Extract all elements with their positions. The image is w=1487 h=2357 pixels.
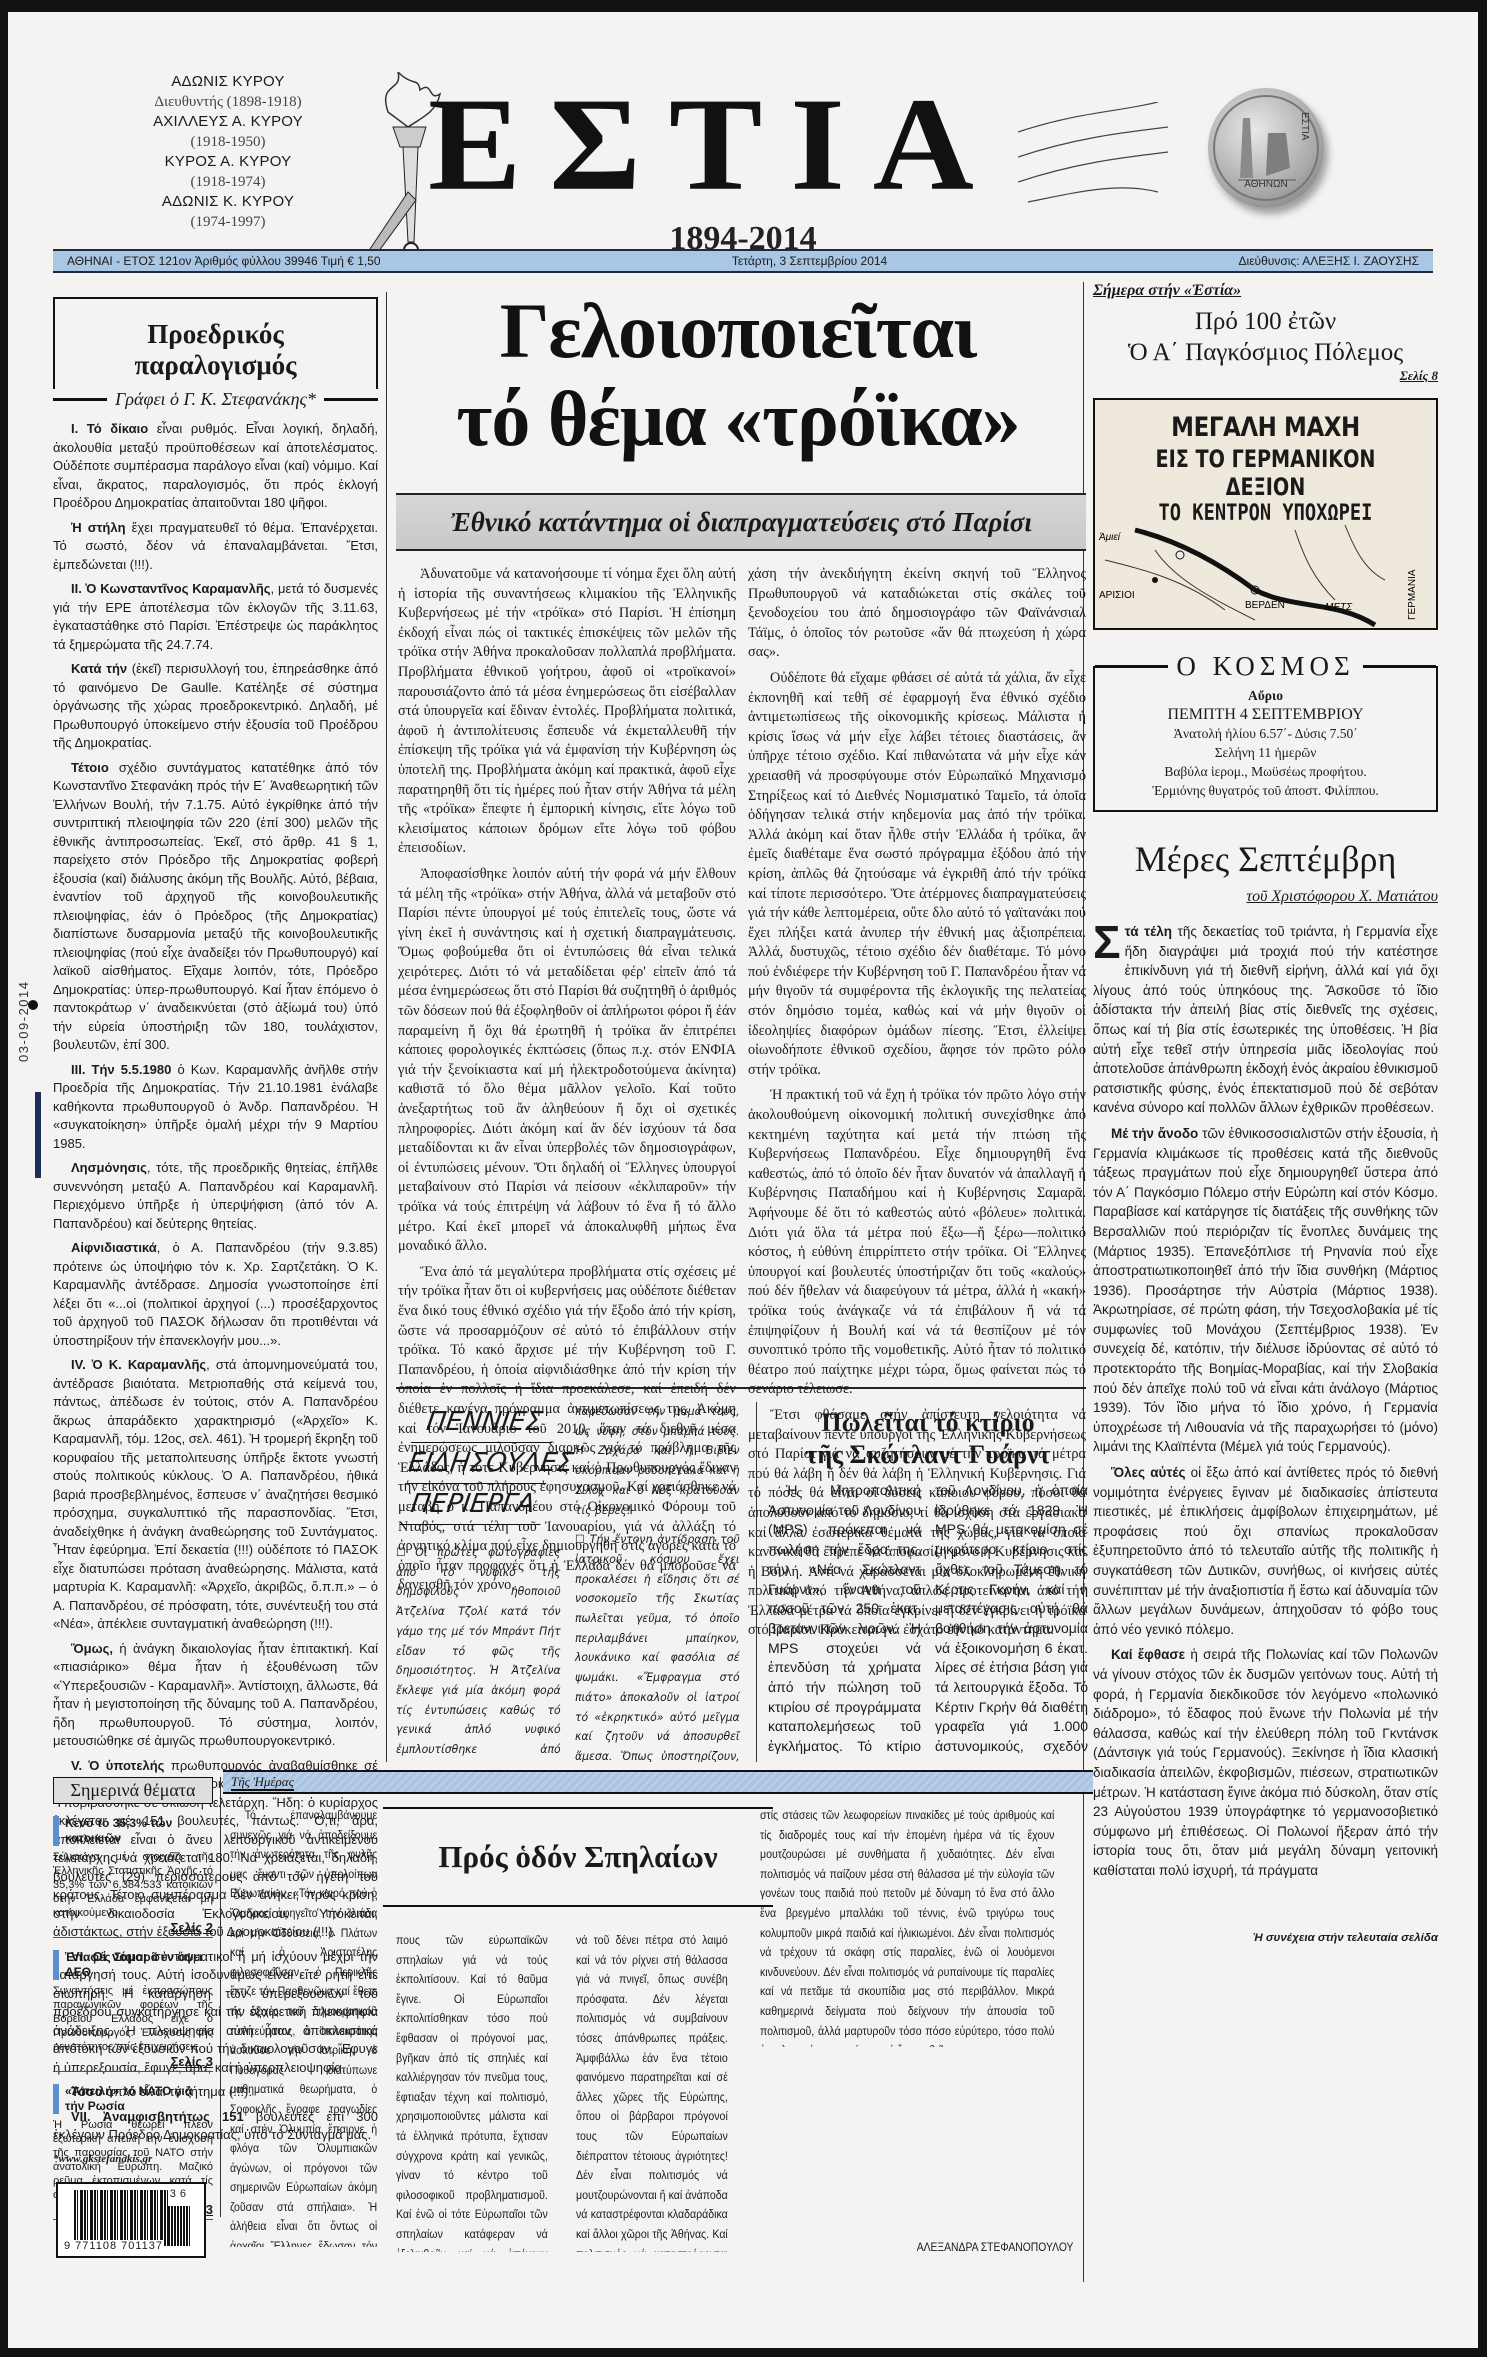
gossip-col2: παρέδωσαν τήν μαμά τους, ὡς νύφη, στόν μ…: [575, 1402, 740, 1762]
svg-text:Ἀμιεί: Ἀμιεί: [1098, 531, 1122, 543]
opinion-title: Προεδρικός παραλογισμός: [65, 319, 366, 381]
paragraph: Ὅμως, ἡ ἀνάγκη δικαιολογίας ἦταν ἐπιτακτ…: [53, 1640, 378, 1751]
flame-swirl-icon: [1018, 102, 1168, 212]
side-date: 03-09-2014: [16, 981, 31, 1063]
almanac-sun-times: Ἀνατολή ἡλίου 6.57΄- Δύσις 7.50΄: [1103, 724, 1428, 743]
gossip-title-line: ΠΕΝΝΙΕΣ: [411, 1402, 557, 1443]
paragraph: Ἀποφασίσθηκε λοιπόν αὐτή τήν φορά νά μήν…: [398, 865, 736, 1257]
gossip-section: ΠΕΝΝΙΕΣ ΕΙΔΗΣΟΥΛΕΣ ΠΕΡΙΕΡΓΑ ☐ Οἱ πρῶτες …: [396, 1402, 741, 1762]
topic-marker-icon: [53, 1816, 59, 1846]
paragraph: Λησμόνησις, τότε, τῆς προεδρικῆς θητείας…: [53, 1159, 378, 1233]
cave-article-title: Πρός ὁδόν Σπηλαίων: [383, 1807, 773, 1907]
issue-info-bar: ΑΘΗΝΑΙ - ΕΤΟΣ 121ον Ἀριθμός φύλλου 39946…: [53, 249, 1433, 273]
section-label: Τῆς Ἡμέρας: [231, 1774, 294, 1791]
day-article-col1: Τό ἐπαναλαμβάνουμε συνεχῶς γιά νά ἀποδεί…: [230, 1807, 377, 2247]
masthead-logo: ΕΣΤΙΑ: [428, 83, 1002, 207]
paragraph: Ἡ στήλη ἔχει πραγματευθεῖ τό θέμα. Ἐπανέ…: [53, 519, 378, 575]
paragraph: Ἀδυνατοῦμε νά κατανοήσουμε τί νόημα ἔχει…: [398, 565, 736, 859]
coin-label: ΑΘΗΝΩΝ: [1208, 179, 1324, 190]
september-article-body: Στά τέλη τῆς δεκαετίας τοῦ τριάντα, ἡ Γε…: [1093, 922, 1438, 1922]
issue-date: Τετάρτη, 3 Σεπτεμβρίου 2014: [732, 254, 887, 268]
gossip-item: ☐ Οἱ πρῶτες φωτογραφίες ἀπό τό νυφικό τῆ…: [396, 1543, 561, 1762]
founder-name: ΑΧΙΛΛΕΥΣ Α. ΚΥΡΟΥ: [98, 112, 358, 132]
ww1-map-clipping: ΜΕΓΑΛΗ ΜΑΧΗ ΕΙΣ ΤΟ ΓΕΡΜΑΝΙΚΟΝ ΔΕΞΙΟΝ ΤΟ …: [1093, 398, 1438, 630]
svg-text:ΜΕΤΣ: ΜΕΤΣ: [1325, 602, 1353, 613]
almanac-date: ΠΕΜΠΤΗ 4 ΣΕΠΤΕΜΒΡΙΟΥ: [1103, 705, 1428, 724]
barcode-number: 9 771108 701137: [64, 2240, 163, 2252]
founder-name: ΚΥΡΟΣ Α. ΚΥΡΟΥ: [98, 152, 358, 172]
almanac-title: Ο ΚΟΣΜΟΣ: [1095, 652, 1436, 680]
day-article-author: ΑΛΕΞΑΝΔΡΑ ΣΤΕΦΑΝΟΠΟΥΛΟΥ: [917, 2242, 1074, 2254]
paragraph: Τέτοιο σχέδιο συντάγματος κατατέθηκε ἀπό…: [53, 759, 378, 1055]
scotland-col2: τοῦ Λονδίνου, ἡ ὁποία ἱδρύθηκε τό 1829. …: [935, 1481, 1088, 1756]
battle-map-icon: Ἀμιεί ΒΕΡΔΕΝ ΑΡΙΣΙΟΙ ΜΕΤΣ ΓΕΡΜΑΝΙΑ: [1095, 520, 1436, 630]
topics-title: Σημερινά θέματα: [53, 1777, 213, 1804]
coin-figures-icon: [1208, 88, 1324, 208]
barcode-addon: 36: [170, 2188, 190, 2200]
continued-link[interactable]: Ἡ συνέχεια στήν τελευταία σελίδα: [1093, 1932, 1438, 1944]
section-bar-of-the-day: Τῆς Ἡμέρας: [223, 1770, 1093, 1794]
checkbox-bullet-icon: ☐: [396, 1545, 415, 1559]
day-article-col3: νά τοῦ δένει πέτρα στό λαιμό καί νά τόν …: [576, 1932, 728, 2252]
svg-text:ΑΡΙΣΙΟΙ: ΑΡΙΣΙΟΙ: [1099, 590, 1135, 601]
todays-topics-box: Σημερινά θέματα Κενό τό 35,3% τῶν κατοικ…: [53, 1777, 213, 2220]
almanac-box: Ο ΚΟΣΜΟΣ Αὔριο ΠΕΜΠΤΗ 4 ΣΕΠΤΕΜΒΡΙΟΥ Ἀνατ…: [1093, 666, 1438, 812]
topic-marker-icon: [53, 2084, 59, 2114]
map-headline: ΜΕΓΑΛΗ ΜΑΧΗ: [1121, 412, 1411, 443]
paragraph: Ἡ πρακτική τοῦ νά ἔχη ἡ τρόϊκα τόν πρῶτο…: [748, 1086, 1086, 1400]
barcode: 9 771108 701137 36: [56, 2182, 206, 2258]
almanac-label: Αὔριο: [1103, 686, 1428, 705]
scotland-col1: Ἡ Μητροπολιτική Ἀστυνομία τοῦ Λονδίνου (…: [768, 1481, 921, 1756]
paragraph: Οὐδέποτε θά εἴχαμε φθάσει σέ αὐτά τά χάλ…: [748, 669, 1086, 1080]
founder-years: (1918-1950): [98, 132, 358, 152]
director-name: Διεύθυνσις: ΑΛΕΞΗΣ Ι. ΖΑΟΥΣΗΣ: [1239, 254, 1419, 268]
right-sidebar: Σήμερα στήν «Ἑστία» Πρό 100 ἐτῶν Ὁ Α΄ Πα…: [1093, 282, 1438, 1944]
september-article-byline: τοῦ Χριστόφορου Χ. Ματιάτου: [1093, 888, 1438, 906]
founder-name: ΑΔΩΝΙΣ Κ. ΚΥΡΟΥ: [98, 192, 358, 212]
day-article-col4: στίς στάσεις τῶν λεωφορείων πινακίδες μέ…: [760, 1807, 1054, 2047]
main-headline: Γελοιοποιεῖται τό θέμα «τρόϊκα»: [388, 287, 1088, 463]
coin-side-label: ΕΣΤΙΑ: [1299, 112, 1310, 140]
opinion-byline: Γράφει ὁ Γ. Κ. Στεφανάκης*: [53, 389, 378, 410]
ancient-coin-emblem: ΑΘΗΝΩΝ ΕΣΤΙΑ: [1208, 88, 1324, 208]
opinion-author: Γράφει ὁ Γ. Κ. Στεφανάκης*: [115, 389, 316, 410]
newspaper-front-page: ΑΔΩΝΙΣ ΚΥΡΟΥ Διευθυντής (1898-1918) ΑΧΙΛ…: [8, 12, 1478, 2348]
page-reference-link[interactable]: Σελίς 8: [1093, 368, 1438, 384]
today-in-estia-label: Σήμερα στήν «Ἑστία»: [1093, 282, 1438, 300]
almanac-saints: Βαβύλα ἱερομ., Μωϋσέως προφήτου.: [1103, 762, 1428, 781]
day-article-col2: πους τῶν εὐρωπαϊκῶν σπηλαίων γιά νά τούς…: [396, 1932, 548, 2252]
svg-text:ΒΕΡΔΕΝ: ΒΕΡΔΕΝ: [1245, 600, 1285, 611]
opinion-title-box: Προεδρικός παραλογισμός: [53, 297, 378, 389]
gossip-title: ΠΕΝΝΙΕΣ ΕΙΔΗΣΟΥΛΕΣ ΠΕΡΙΕΡΓΑ: [396, 1402, 570, 1525]
gossip-title-line: ΕΙΔΗΣΟΥΛΕΣ: [405, 1443, 551, 1484]
svg-text:ΓΕΡΜΑΝΙΑ: ΓΕΡΜΑΝΙΑ: [1407, 569, 1418, 620]
paragraph: Ι. Τό δίκαιο εἶναι ρυθμός. Εἶναι λογική,…: [53, 420, 378, 513]
drop-cap: Σ: [1093, 922, 1121, 962]
scotland-title: Πωλεῖται τό κτίριο τῆς Σκώτλαντ Γυάρντ: [768, 1407, 1088, 1471]
almanac-moon: Σελήνη 11 ἡμερῶν: [1103, 743, 1428, 762]
issue-number: ΑΘΗΝΑΙ - ΕΤΟΣ 121ον Ἀριθμός φύλλου 39946…: [67, 254, 381, 268]
main-subheadline: Ἐθνικό κατάντημα οἱ διαπραγματεύσεις στό…: [396, 493, 1086, 551]
september-article-title: Μέρες Σεπτέμβρη: [1093, 838, 1438, 880]
side-accent-bar: [35, 1092, 41, 1178]
topic-page-link[interactable]: Σελίς 2: [53, 1920, 213, 1938]
topic-item[interactable]: Κενό τό 35,3% τῶν κατοικιῶν Σύμφωνα μέ σ…: [53, 1816, 213, 1938]
gossip-col1: ΠΕΝΝΙΕΣ ΕΙΔΗΣΟΥΛΕΣ ΠΕΡΙΕΡΓΑ ☐ Οἱ πρῶτες …: [396, 1402, 561, 1762]
column-divider: [386, 292, 387, 1762]
paragraph: ΙΙ. Ὁ Κωνσταντῖνος Καραμανλῆς, μετά τό δ…: [53, 580, 378, 654]
today-feature-title: Πρό 100 ἐτῶν Ὁ Α΄ Παγκόσμιος Πόλεμος: [1093, 306, 1438, 368]
barcode-bars-icon: [74, 2190, 170, 2246]
headline-line: τό θέμα «τρόϊκα»: [388, 375, 1088, 463]
paragraph: Αἰφνιδιαστικά, ὁ Α. Παπανδρέου (τήν 9.3.…: [53, 1239, 378, 1350]
gossip-item: ☐ Τήν ἔντονη ἀντίδραση τοῦ ἰατρικοῦ κόσμ…: [575, 1530, 740, 1762]
topic-page-link[interactable]: Σελίς 3: [53, 2054, 213, 2072]
barcode-addon-bars-icon: [168, 2206, 190, 2246]
founder-years: Διευθυντής (1898-1918): [98, 92, 358, 112]
headline-line: Γελοιοποιεῖται: [388, 287, 1088, 375]
founder-years: (1918-1974): [98, 172, 358, 192]
topic-marker-icon: [53, 1950, 59, 1980]
founders-list: ΑΔΩΝΙΣ ΚΥΡΟΥ Διευθυντής (1898-1918) ΑΧΙΛ…: [98, 72, 358, 232]
paragraph: ΙΙΙ. Τήν 5.5.1980 ὁ Κων. Καραμανλῆς ἀνῆλ…: [53, 1061, 378, 1154]
paragraph: IV. Ὁ Κ. Καραμανλῆς, στά ἀπομνημονεύματά…: [53, 1356, 378, 1634]
checkbox-bullet-icon: ☐: [575, 1532, 590, 1546]
map-subheadline: ΕΙΣ ΤΟ ΓΕΡΜΑΝΙΚΟΝ ΔΕΞΙΟΝ: [1129, 445, 1402, 501]
topic-item[interactable]: Ἐπαφές Σαμαρᾶ ἐν ὄψει ΔΕΘ Συναντήσεις μέ…: [53, 1950, 213, 2072]
gossip-title-line: ΠΕΡΙΕΡΓΑ: [400, 1484, 546, 1525]
founder-name: ΑΔΩΝΙΣ ΚΥΡΟΥ: [98, 72, 358, 92]
gossip-item-cont: παρέδωσαν τήν μαμά τους, ὡς νύφη, στόν μ…: [575, 1402, 740, 1520]
paragraph: χάση τήν ἀνεκδιήγητη ἐκείνη σκηνή τοῦ Ἕλ…: [748, 565, 1086, 663]
scotland-yard-article: Πωλεῖται τό κτίριο τῆς Σκώτλαντ Γυάρντ Ἡ…: [768, 1407, 1088, 1756]
almanac-saints: Ἑρμιόνης θυγατρός τοῦ ἀποστ. Φιλίππου.: [1103, 781, 1428, 800]
paragraph: Κατά τήν (ἐκεῖ) περισυλλογή του, ἐπηρεάσ…: [53, 660, 378, 753]
